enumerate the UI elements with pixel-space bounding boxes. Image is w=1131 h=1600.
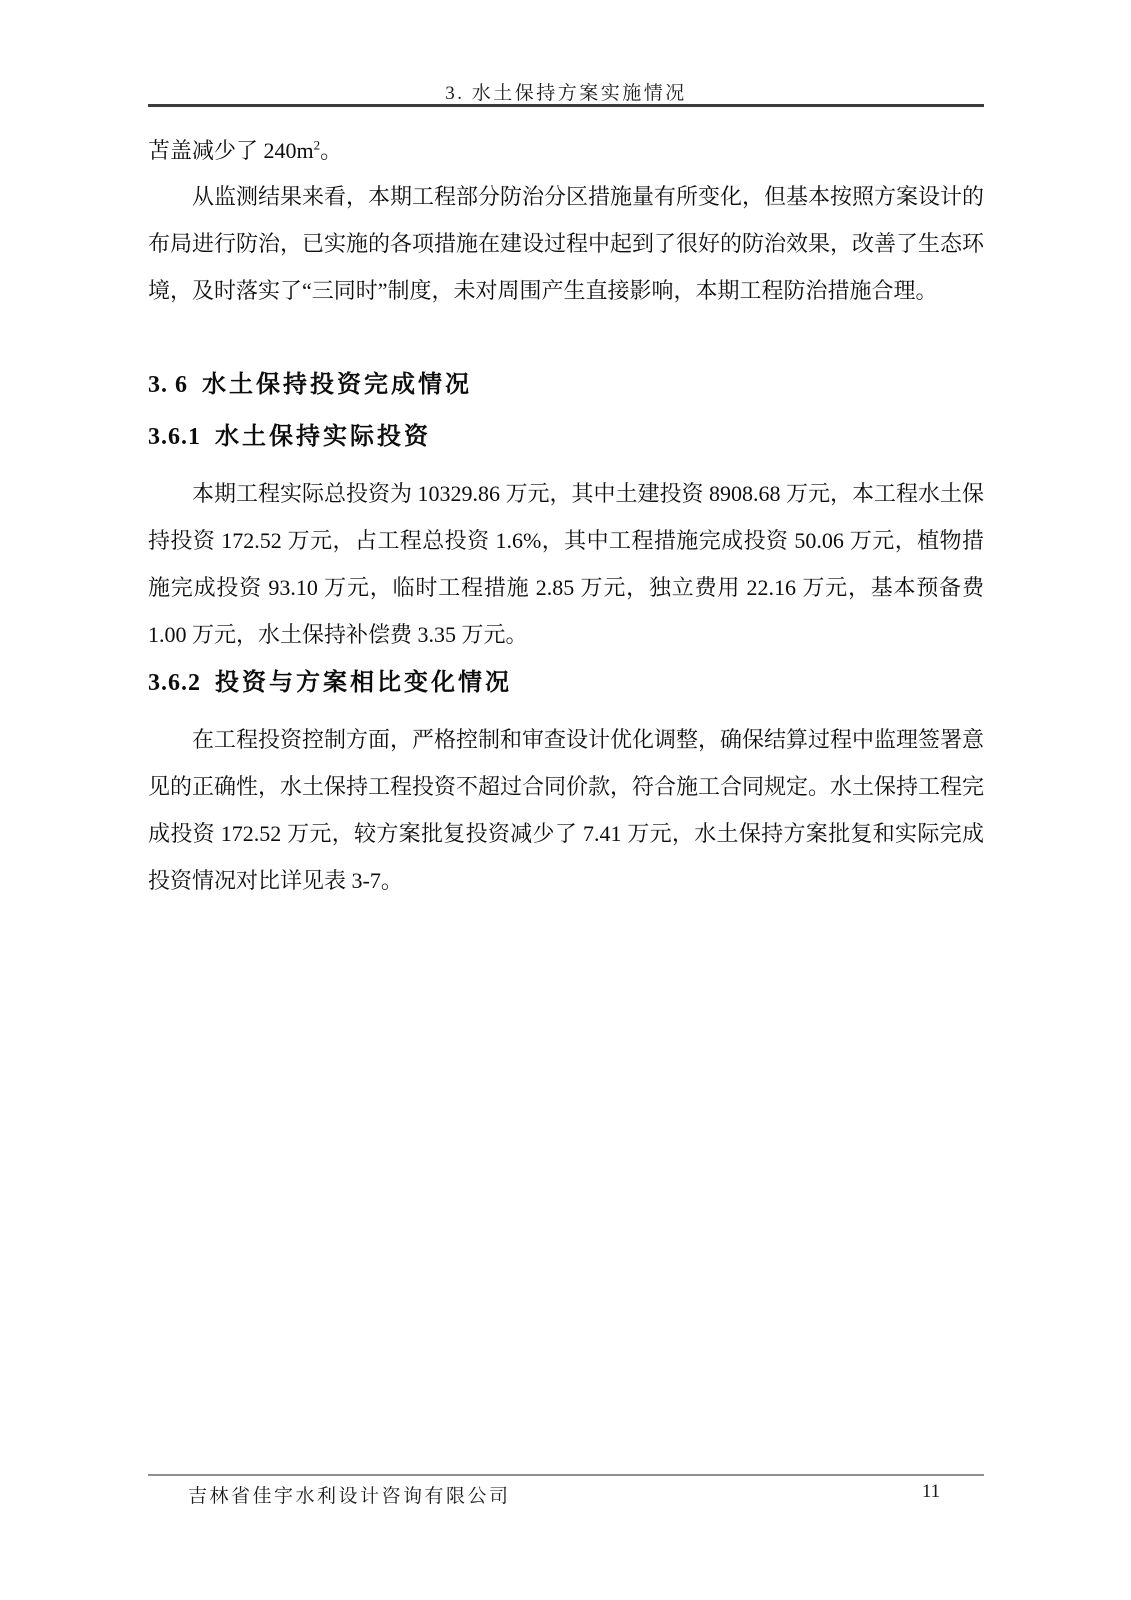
- section-3-6-2-number: 3.6.2: [148, 670, 201, 696]
- section-heading-3-6: 3. 6水土保持投资完成情况: [148, 362, 984, 409]
- paragraph-actual-investment: 本期工程实际总投资为 10329.86 万元，其中土建投资 8908.68 万元…: [148, 470, 984, 658]
- footer-company-name: 吉林省佳宇水利设计咨询有限公司: [188, 1481, 511, 1508]
- section-3-6-number: 3. 6: [148, 372, 188, 398]
- document-page: 3. 水土保持方案实施情况 苫盖减少了 240m2。 从监测结果来看，本期工程部…: [0, 0, 1131, 1600]
- page-header-title: 3. 水土保持方案实施情况: [445, 83, 687, 104]
- section-3-6-2-title: 投资与方案相比变化情况: [215, 670, 512, 696]
- section-3-6-1-number: 3.6.1: [148, 424, 201, 450]
- intro-suffix: 。: [320, 138, 342, 163]
- section-heading-3-6-2: 3.6.2投资与方案相比变化情况: [148, 660, 984, 707]
- page-header: 3. 水土保持方案实施情况: [148, 78, 984, 105]
- section-3-6-title: 水土保持投资完成情况: [202, 372, 472, 398]
- paragraph-intro: 苫盖减少了 240m2。: [148, 127, 984, 174]
- section-3-6-1-title: 水土保持实际投资: [215, 424, 431, 450]
- header-rule: [148, 104, 984, 107]
- intro-text: 苫盖减少了 240m: [148, 138, 314, 163]
- footer-page-number: 11: [905, 1481, 957, 1503]
- paragraph-monitoring-results: 从监测结果来看，本期工程部分防治分区措施量有所变化，但基本按照方案设计的布局进行…: [148, 173, 984, 314]
- section-heading-3-6-1: 3.6.1水土保持实际投资: [148, 414, 984, 461]
- footer-rule: [148, 1474, 984, 1476]
- paragraph-investment-comparison: 在工程投资控制方面，严格控制和审查设计优化调整，确保结算过程中监理签署意见的正确…: [148, 716, 984, 904]
